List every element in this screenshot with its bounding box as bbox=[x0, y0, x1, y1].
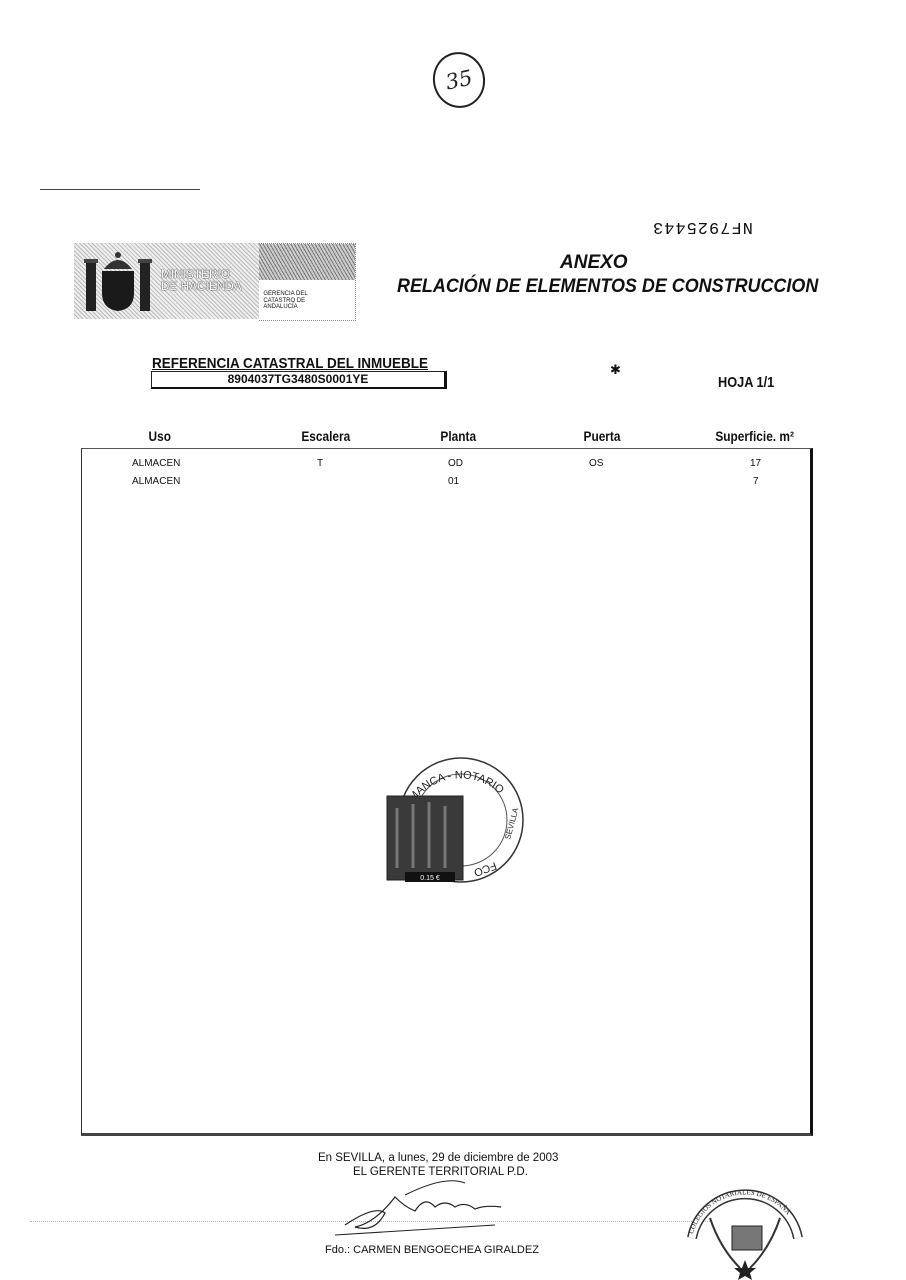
page-number-marker: 35 bbox=[428, 47, 491, 113]
cell-puerta: OS bbox=[589, 458, 603, 469]
svg-text:0.15 €: 0.15 € bbox=[420, 875, 440, 882]
table-row: ALMACEN 01 7 bbox=[82, 476, 810, 494]
svg-text:FCO: FCO bbox=[472, 859, 498, 878]
reference-label: REFERENCIA CATASTRAL DEL INMUEBLE bbox=[152, 355, 428, 372]
ministry-line-1: MINISTERIO bbox=[161, 269, 242, 281]
reference-value: 8904037TG3480S0001YE bbox=[151, 371, 447, 389]
ministry-logo: MINISTERIO DE HACIENDA GERENCIA DEL CATA… bbox=[74, 243, 356, 321]
ministry-line-2: DE HACIENDA bbox=[161, 281, 242, 293]
document-title: ANEXO bbox=[560, 252, 628, 274]
cell-planta: OD bbox=[448, 458, 463, 469]
gerencia-line-3: ANDALUCÍA bbox=[263, 304, 307, 311]
signature-icon bbox=[325, 1175, 535, 1245]
sheet-number: HOJA 1/1 bbox=[718, 374, 774, 391]
cell-uso: ALMACEN bbox=[132, 476, 180, 487]
notary-seal-icon: SALAMANCA - NOTARIO SEVILLA FCO 0.15 € bbox=[383, 748, 533, 888]
serial-number: NF7925443 bbox=[652, 217, 753, 236]
top-rule bbox=[40, 189, 200, 190]
column-header-puerta: Puerta bbox=[584, 429, 621, 444]
document-subtitle: RELACIÓN DE ELEMENTOS DE CONSTRUCCION bbox=[397, 275, 818, 298]
notarial-colleges-seal-icon: COLEGIOS NOTARIALES DE ESPAÑA bbox=[680, 1168, 810, 1280]
place-and-date: En SEVILLA, a lunes, 29 de diciembre de … bbox=[318, 1152, 558, 1164]
column-header-planta: Planta bbox=[440, 429, 476, 444]
gerencia-name: GERENCIA DEL CATASTRO DE ANDALUCÍA bbox=[263, 291, 307, 311]
column-header-superficie: Superficie. m² bbox=[715, 429, 794, 444]
logo-pattern bbox=[259, 244, 355, 280]
gerencia-line-1: GERENCIA DEL bbox=[263, 291, 307, 298]
cell-escalera: T bbox=[317, 458, 323, 469]
cell-superficie: 17 bbox=[750, 458, 761, 469]
page-number-text: 35 bbox=[443, 65, 474, 94]
table-row: ALMACEN T OD OS 17 bbox=[82, 458, 810, 476]
cell-uso: ALMACEN bbox=[132, 458, 180, 469]
ministry-name: MINISTERIO DE HACIENDA bbox=[161, 269, 242, 293]
coat-of-arms-icon bbox=[84, 249, 152, 315]
cell-superficie: 7 bbox=[753, 476, 759, 487]
signed-by: Fdo.: CARMEN BENGOECHEA GIRALDEZ bbox=[325, 1244, 539, 1256]
logo-ministerio-block: MINISTERIO DE HACIENDA bbox=[74, 243, 259, 319]
ink-mark-icon: ✱ bbox=[610, 362, 621, 378]
column-header-uso: Uso bbox=[149, 429, 171, 444]
logo-gerencia-block: GERENCIA DEL CATASTRO DE ANDALUCÍA bbox=[259, 243, 356, 321]
cell-planta: 01 bbox=[448, 476, 459, 487]
column-header-escalera: Escalera bbox=[301, 429, 350, 444]
